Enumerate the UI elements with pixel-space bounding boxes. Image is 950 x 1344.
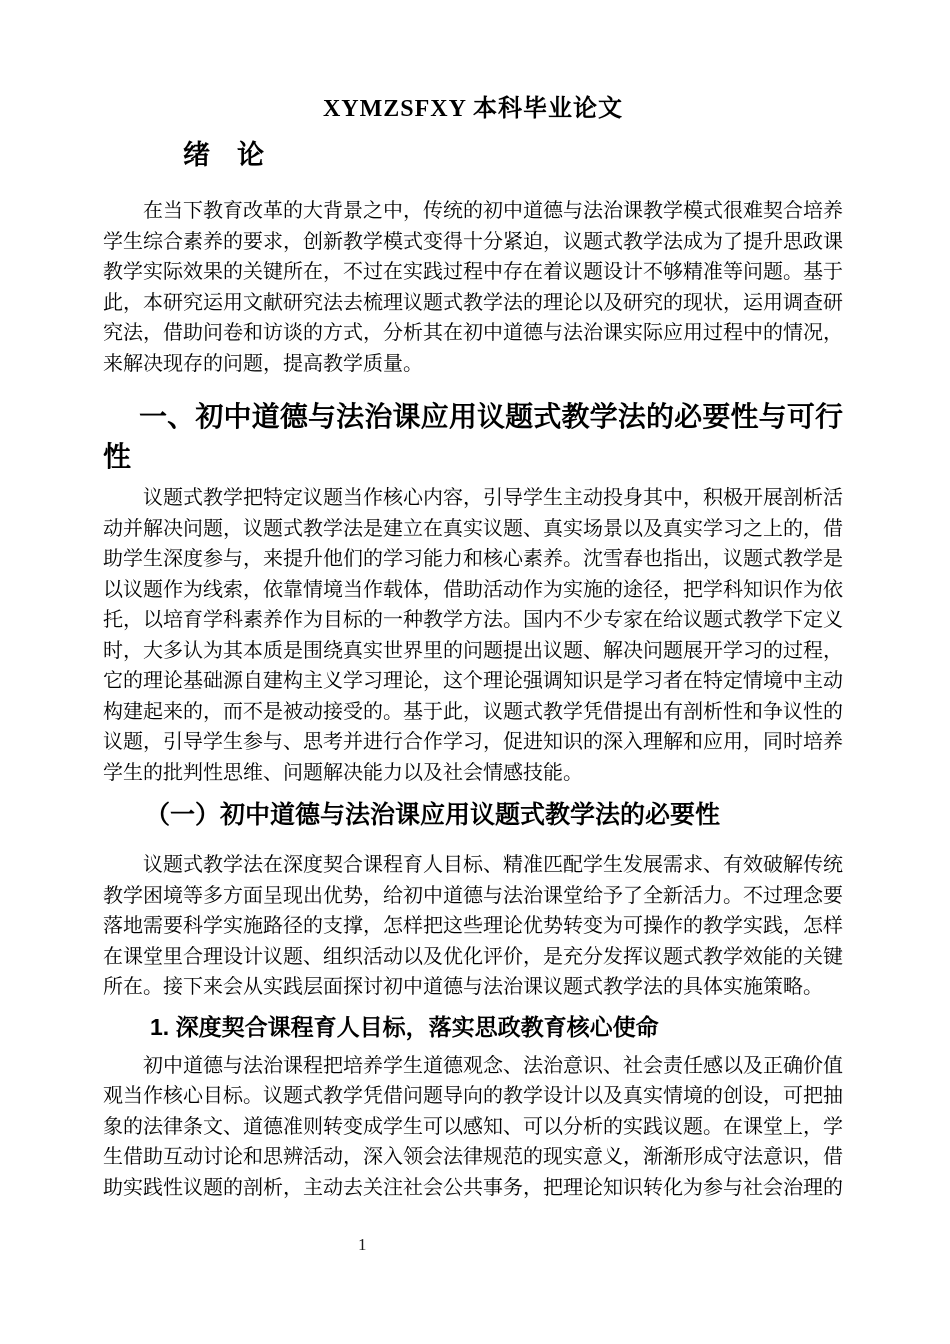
document-page: XYMZSFXY 本科毕业论文 绪 论 在当下教育改革的大背景之中，传统的初中道… <box>0 0 950 1344</box>
point-1-heading: 1. 深度契合课程育人目标，落实思政教育核心使命 <box>103 1011 843 1043</box>
page-number: 1 <box>358 1234 367 1256</box>
subsection-1-heading: （一）初中道德与法治课应用议题式教学法的必要性 <box>103 798 843 832</box>
document-content: XYMZSFXY 本科毕业论文 绪 论 在当下教育改革的大背景之中，传统的初中道… <box>103 0 843 1203</box>
running-header: XYMZSFXY 本科毕业论文 <box>103 94 843 124</box>
section-1-paragraph: 议题式教学把特定议题当作核心内容，引导学生主动投身其中，积极开展剖析活动并解决问… <box>103 483 843 788</box>
intro-paragraph: 在当下教育改革的大背景之中，传统的初中道德与法治课教学模式很难契合培养学生综合素… <box>103 196 843 379</box>
point-1-paragraph: 初中道德与法治课程把培养学生道德观念、法治意识、社会责任感以及正确价值观当作核心… <box>103 1051 843 1204</box>
chapter-title: 绪 论 <box>183 138 843 172</box>
subsection-1-paragraph: 议题式教学法在深度契合课程育人目标、精准匹配学生发展需求、有效破解传统教学困境等… <box>103 850 843 1003</box>
section-1-heading: 一、初中道德与法治课应用议题式教学法的必要性与可行性 <box>103 397 843 477</box>
